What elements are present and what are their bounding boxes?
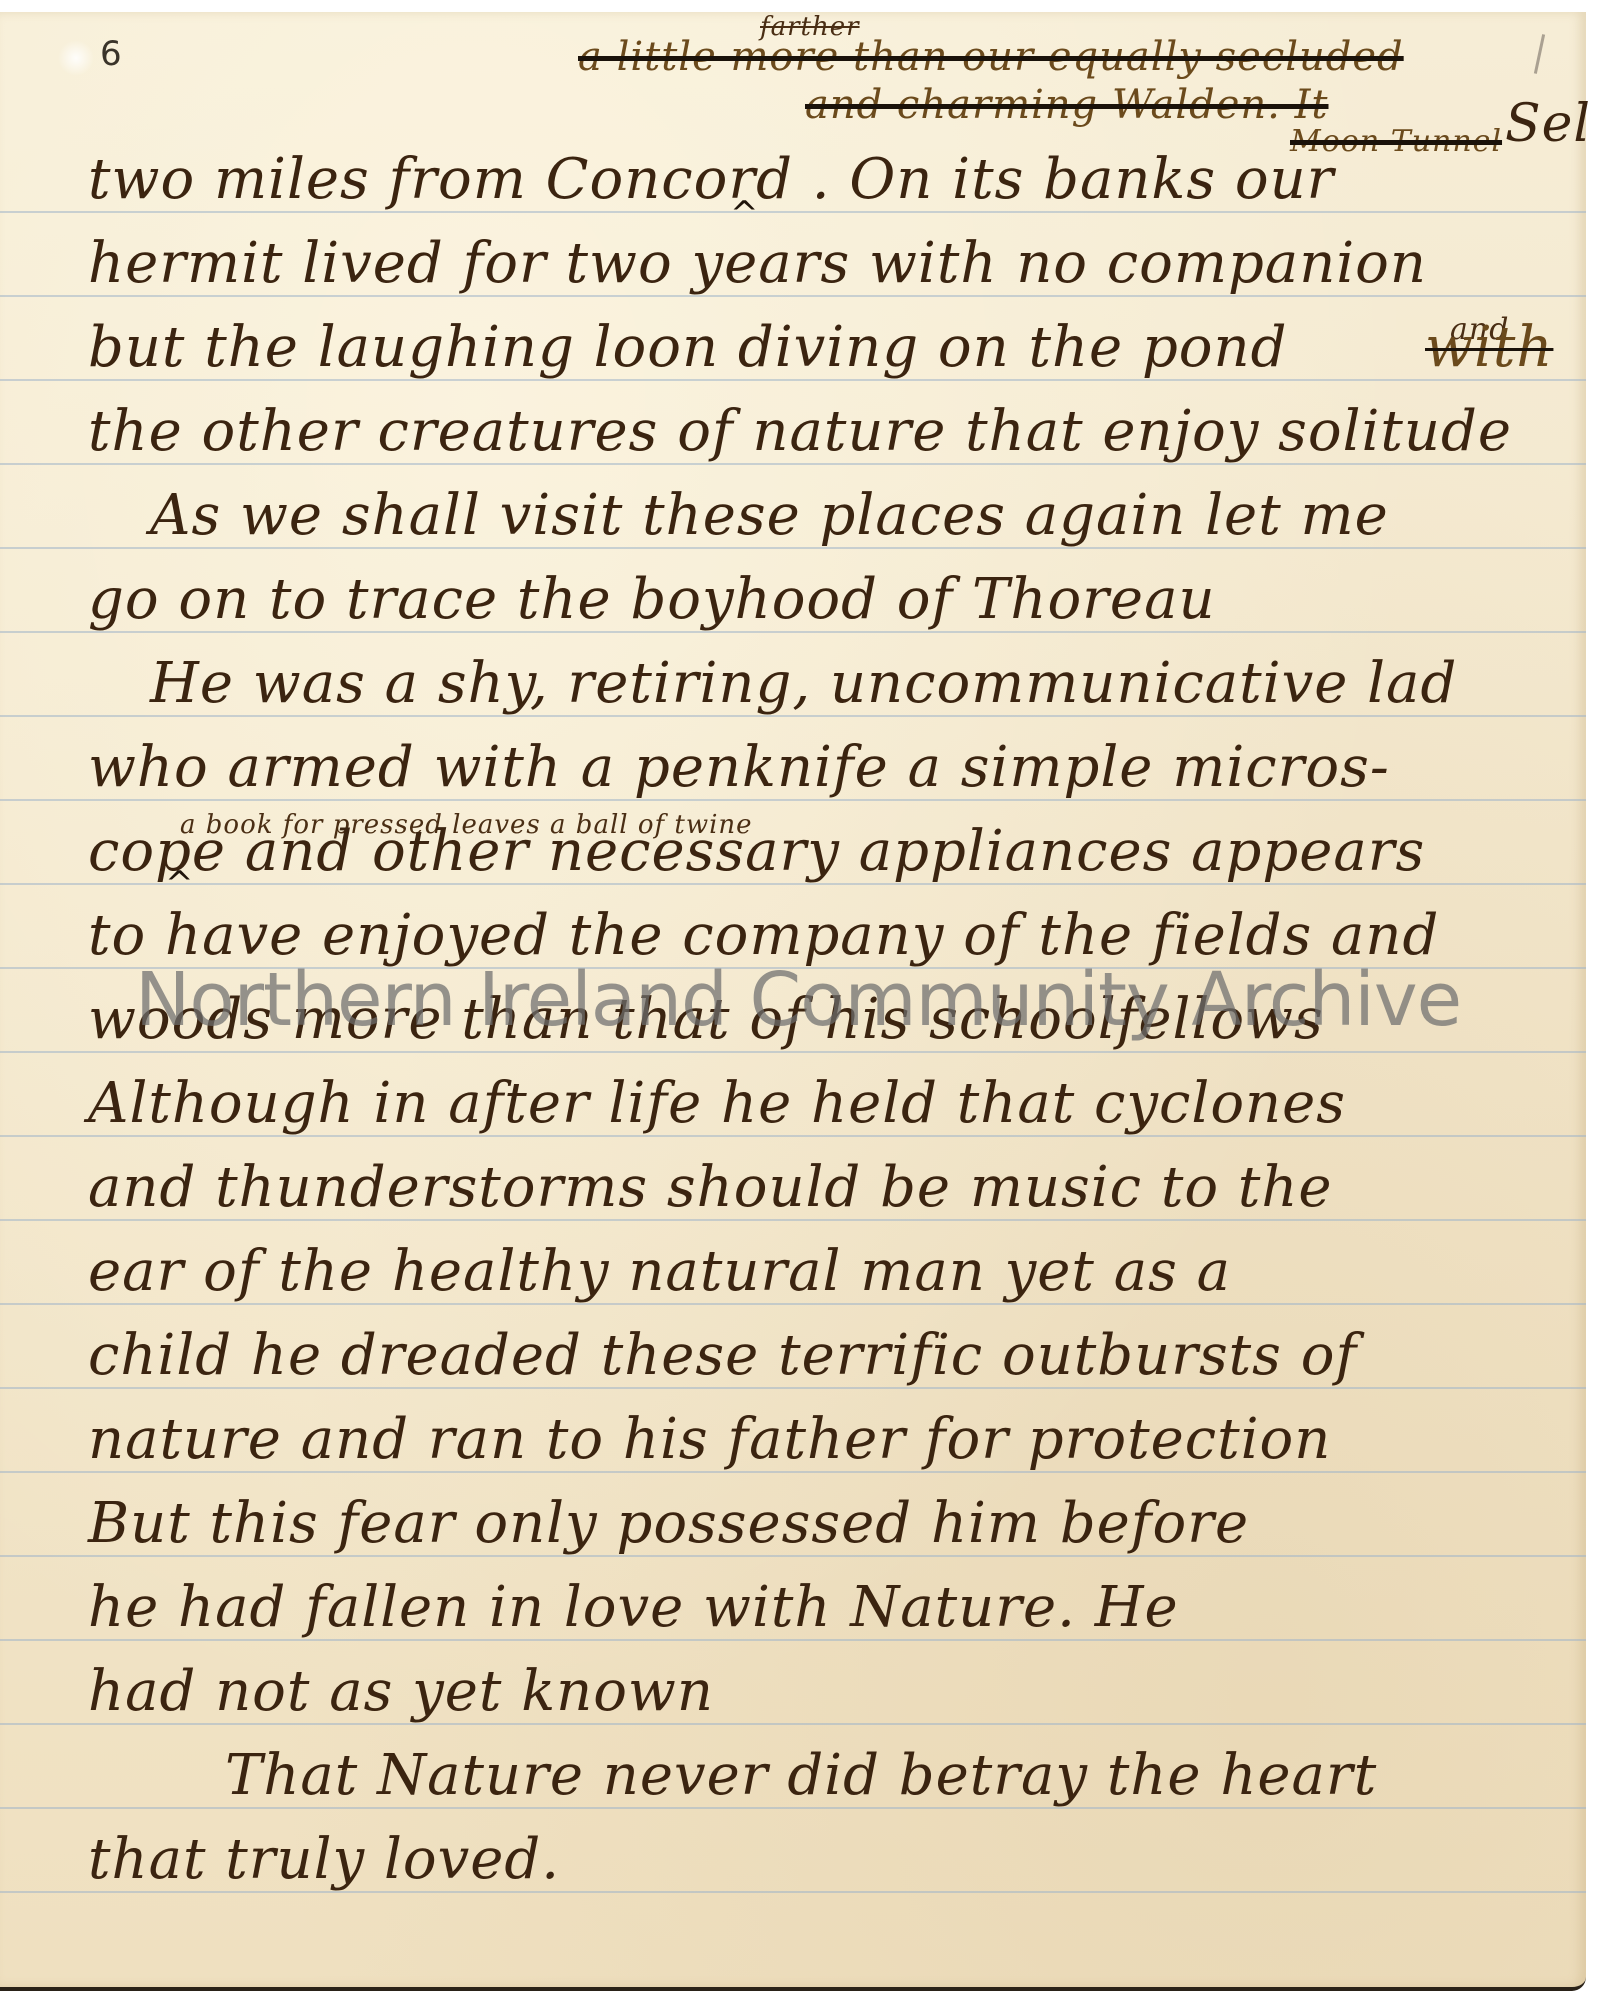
struck-word-with: with — [1425, 315, 1553, 380]
text-line-21: that truly loved. — [88, 1827, 560, 1892]
text-line-5: As we shall visit these places again let… — [150, 483, 1389, 548]
archive-watermark: Northern Ireland Community Archive — [135, 957, 1461, 1043]
text-line-4: the other creatures of nature that enjoy… — [88, 399, 1512, 464]
handwritten-page: 6 farther a little more than our equally… — [0, 12, 1586, 1991]
text-line-16: nature and ran to his father for protect… — [88, 1407, 1331, 1472]
struck-header-line-2: and charming Walden. It — [805, 82, 1329, 128]
page-number: 6 — [100, 34, 122, 74]
text-line-20: That Nature never did betray the heart — [225, 1743, 1377, 1808]
text-line-12: Although in after life he held that cycl… — [88, 1071, 1346, 1136]
insertion-caret: ^ — [730, 194, 759, 234]
text-line-17: But this fear only possessed him before — [88, 1491, 1249, 1556]
text-line-14: ear of the healthy natural man yet as a — [88, 1239, 1231, 1304]
text-line-6: go on to trace the boyhood of Thoreau — [88, 567, 1216, 632]
text-line-3: but the laughing loon diving on the pond — [88, 315, 1287, 380]
struck-header-line-1: a little more than our equally secluded — [578, 34, 1404, 80]
text-line-15: child he dreaded these terrific outburst… — [88, 1323, 1357, 1388]
insertion-caret: ^ — [165, 864, 194, 904]
paper-damage-mark — [58, 40, 94, 76]
margin-note: Sel — [1505, 94, 1591, 154]
text-line-18: he had fallen in love with Nature. He — [88, 1575, 1179, 1640]
text-line-2: hermit lived for two years with no compa… — [88, 231, 1427, 296]
text-line-1: two miles from Concord . On its banks ou… — [88, 147, 1334, 212]
text-line-7: He was a shy, retiring, uncommunicative … — [150, 651, 1457, 716]
text-line-9: cope and other necessary appliances appe… — [88, 819, 1425, 884]
text-line-13: and thunderstorms should be music to the — [88, 1155, 1333, 1220]
text-line-8: who armed with a penknife a simple micro… — [88, 735, 1390, 800]
text-line-19: had not as yet known — [88, 1659, 714, 1724]
pencil-mark — [1534, 34, 1545, 74]
